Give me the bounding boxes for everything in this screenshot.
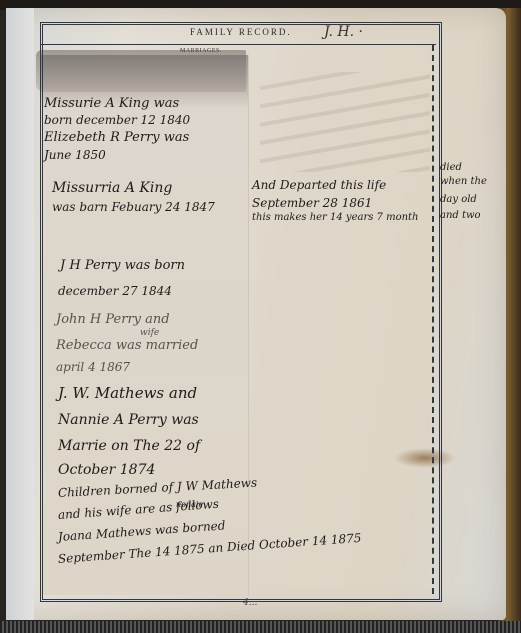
margin-note: when the bbox=[440, 176, 487, 187]
entry-line: June 1850 bbox=[44, 148, 106, 162]
entry-line: born december 12 1840 bbox=[44, 113, 190, 127]
entry-line: december 27 1844 bbox=[58, 284, 172, 298]
margin-note: died bbox=[440, 162, 462, 173]
margin-note: day old bbox=[440, 194, 477, 205]
entry-line: Elizebeth R Perry was bbox=[44, 130, 189, 145]
page-mark: 4... bbox=[243, 598, 257, 608]
margin-note: and two bbox=[440, 210, 481, 221]
death-record-line: September 28 1861 bbox=[252, 196, 372, 210]
entry-line: april 4 1867 bbox=[56, 360, 130, 374]
entry-line: J. W. Mathews and bbox=[58, 384, 197, 402]
entry-line: Missurie A King was bbox=[44, 96, 179, 111]
book-binding-bottom bbox=[0, 621, 521, 633]
entry-line: Marrie on The 22 of bbox=[58, 438, 200, 454]
entry-line: John H Perry and bbox=[56, 312, 170, 327]
death-record-line: this makes her 14 years 7 month bbox=[252, 212, 418, 223]
column-divider bbox=[432, 45, 438, 594]
entry-line: wife bbox=[140, 328, 159, 338]
handwritten-initials: J. H. · bbox=[324, 24, 363, 40]
section-subheader: MARRIAGES. bbox=[180, 48, 222, 54]
death-record-line: And Departed this life bbox=[252, 178, 386, 192]
page-title: FAMILY RECORD. bbox=[190, 27, 292, 37]
entry-line: was barn Febuary 24 1847 bbox=[52, 200, 215, 214]
entry-line: Rebecca was married bbox=[56, 338, 198, 353]
entry-line: J H Perry was born bbox=[60, 258, 185, 273]
entry-line: Nannie A Perry was bbox=[58, 412, 199, 428]
page-margin-strip bbox=[6, 8, 34, 620]
entry-line: Missurria A King bbox=[52, 180, 172, 196]
entry-line: October 1874 bbox=[58, 462, 155, 478]
header-row: FAMILY RECORD. J. H. · bbox=[40, 22, 436, 45]
